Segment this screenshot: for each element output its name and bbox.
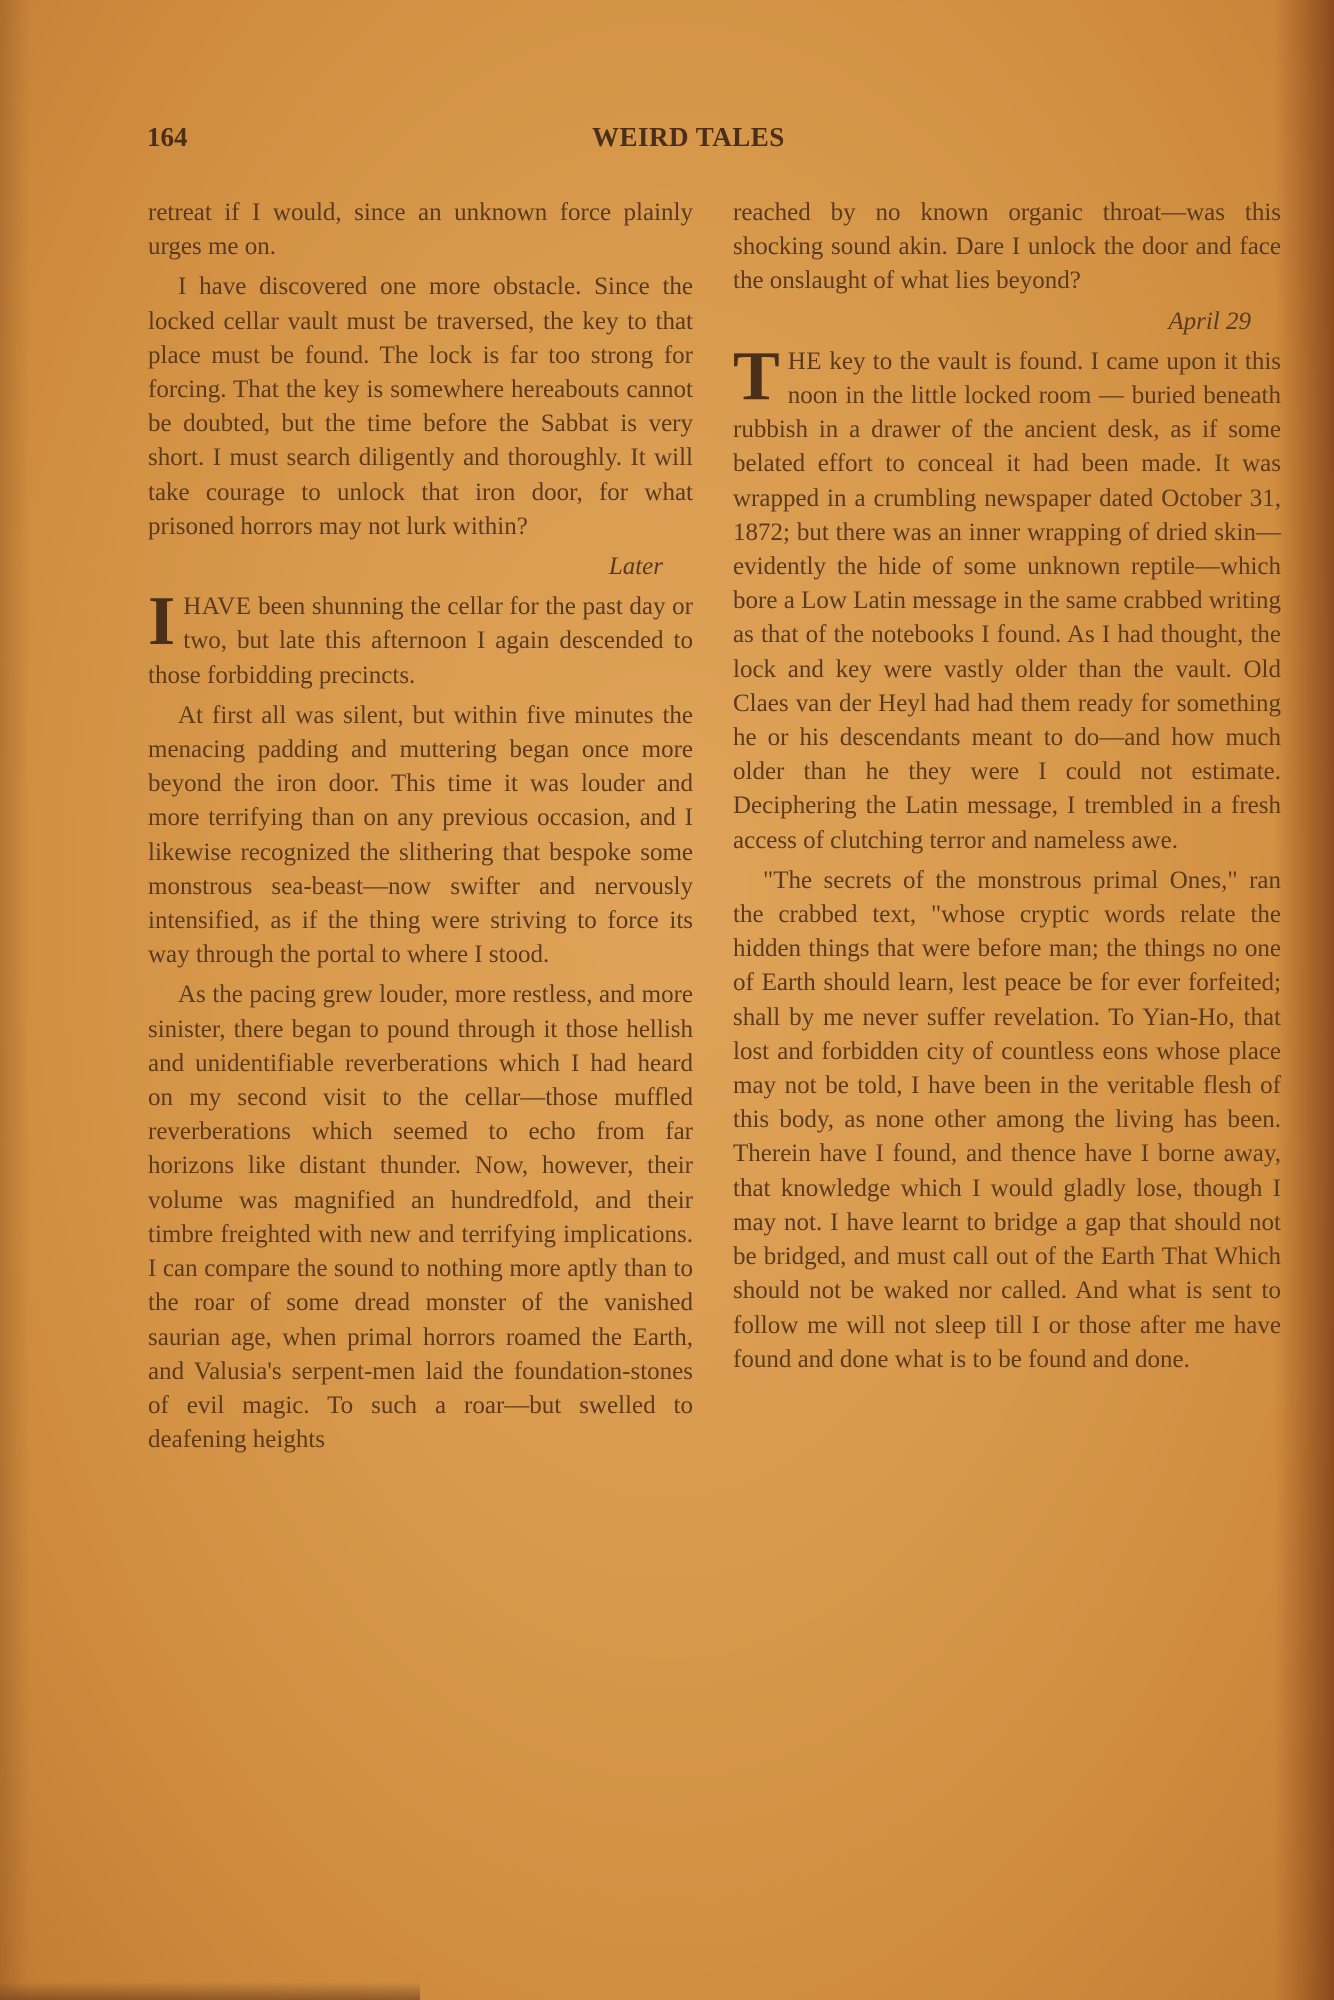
paragraph-text: key to the vault is found. I came upon i… bbox=[733, 348, 1281, 854]
paragraph: As the pacing grew louder, more restless… bbox=[148, 978, 693, 1457]
dateline: Later bbox=[148, 550, 693, 584]
small-caps-lead: HE bbox=[788, 348, 822, 375]
paragraph: At first all was silent, but within five… bbox=[148, 699, 693, 973]
magazine-title: WEIRD TALES bbox=[592, 122, 785, 153]
small-caps-lead: HAVE bbox=[183, 593, 251, 620]
drop-cap: T bbox=[733, 349, 780, 405]
paragraph: I have discovered one more obstacle. Sin… bbox=[148, 270, 693, 544]
page-number: 164 bbox=[147, 122, 188, 153]
drop-cap: I bbox=[148, 594, 175, 650]
left-column: retreat if I would, since an unknown for… bbox=[148, 196, 693, 1457]
dateline: April 29 bbox=[733, 305, 1281, 339]
paragraph-dropcap: THE key to the vault is found. I came up… bbox=[733, 345, 1281, 858]
page-edge-shadow bbox=[0, 1982, 420, 2000]
running-head: 164 WEIRD TALES bbox=[147, 122, 1277, 162]
paragraph-dropcap: IHAVE been shunning the cellar for the p… bbox=[148, 590, 693, 693]
paragraph: "The secrets of the monstrous primal One… bbox=[733, 864, 1281, 1377]
magazine-page: 164 WEIRD TALES retreat if I would, sinc… bbox=[0, 0, 1334, 2000]
right-column: reached by no known organic throat—was t… bbox=[733, 196, 1281, 1377]
paragraph: reached by no known organic throat—was t… bbox=[733, 196, 1281, 299]
paragraph: retreat if I would, since an unknown for… bbox=[148, 196, 693, 264]
